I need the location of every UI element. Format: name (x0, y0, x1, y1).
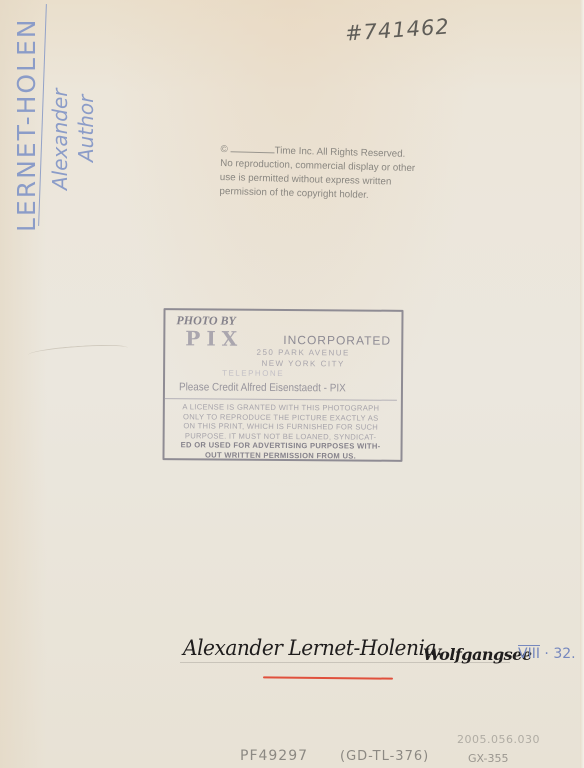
blank-field (230, 143, 274, 153)
agency-address-street: 250 PARK AVENUE (185, 347, 421, 358)
copyright-symbol: © (220, 144, 228, 155)
gx-number: GX-355 (468, 752, 508, 765)
license-terms: A LICENSE IS GRANTED WITH THIS PHOTOGRAP… (165, 398, 397, 456)
vertical-surname: LERNET-HOLEN (12, 18, 41, 233)
photo-credit: Please Credit Alfred Eisenstaedt - PIX (179, 381, 346, 394)
agency-telephone: TELEPHONE (135, 368, 371, 379)
caption-location: Wolfgangsee (423, 645, 532, 664)
caption-date-month: VIII (518, 646, 540, 662)
caption-date-year: 32. (553, 646, 575, 662)
copyright-stamp: © Time Inc. All Rights Reserved. No repr… (219, 143, 450, 205)
caption-date: VIII · 32. (518, 646, 576, 662)
agency-address-city: NEW YORK CITY (185, 358, 421, 369)
caption-subject-name: Alexander Lernet-Holenia. (183, 636, 442, 660)
license-line: OUT WRITTEN PERMISSION FROM US. (164, 450, 396, 461)
paper-edge (580, 0, 584, 768)
pf-number: PF49297 (240, 748, 308, 764)
agency-incorporated: INCORPORATED (283, 333, 391, 348)
vertical-firstname: Alexander (48, 88, 72, 190)
agency-stamp: PHOTO BY PIX INCORPORATED 250 PARK AVENU… (162, 308, 403, 462)
accession-number: 2005.056.030 (457, 733, 540, 746)
copyright-owner: Time Inc. All Rights Reserved. (274, 145, 405, 159)
vertical-role: Author (74, 95, 98, 162)
gd-number: (GD-TL-376) (340, 749, 429, 764)
caption-date-separator: · (540, 646, 553, 662)
